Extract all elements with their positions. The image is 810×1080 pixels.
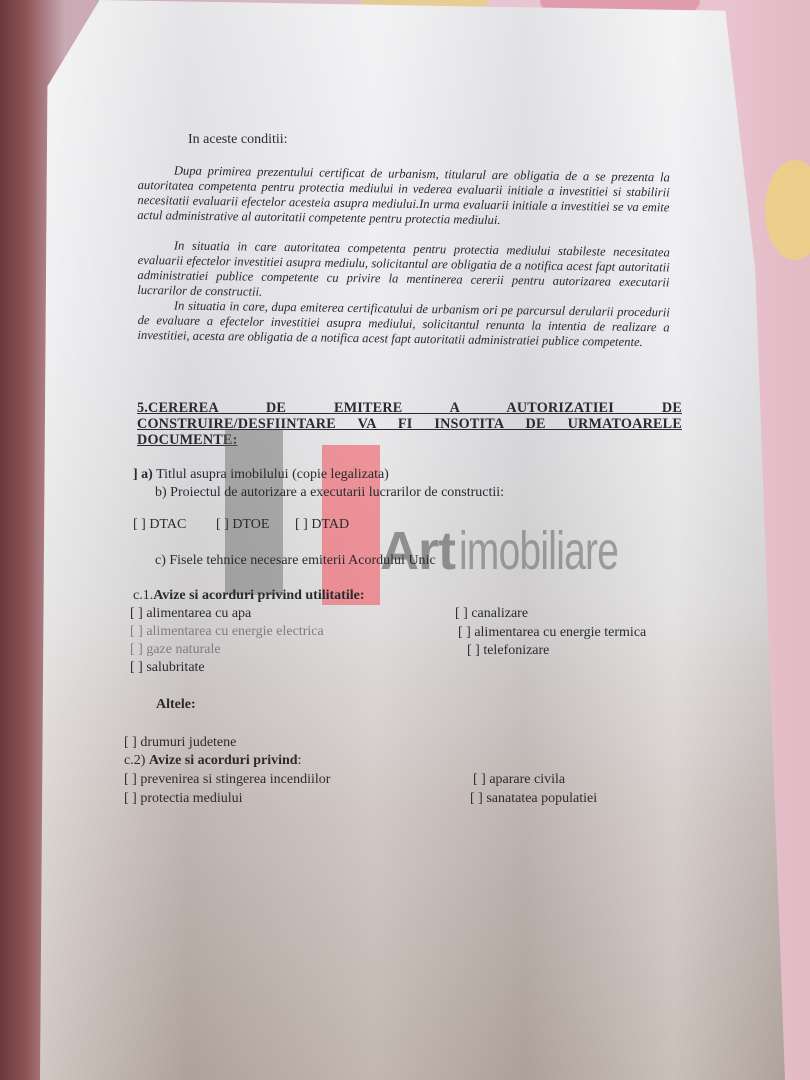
item-a-prefix: ] a) (133, 467, 153, 482)
intro-heading: In aceste conditii: (188, 132, 288, 148)
watermark-brand-bold: Art (380, 521, 455, 581)
document-content: In aceste conditii: Dupa primirea prezen… (0, 0, 810, 1080)
checkbox-aparare-civila[interactable]: [ ] aparare civila (473, 772, 565, 788)
option-dtad[interactable]: [ ] DTAD (295, 517, 349, 533)
checkbox-energie-termica[interactable]: [ ] alimentarea cu energie termica (458, 625, 646, 641)
item-a: ] a) Titlul asupra imobilului (copie leg… (133, 467, 389, 483)
paragraph-text: Dupa primirea prezentului certificat de … (137, 163, 670, 230)
altele-heading: Altele: (156, 697, 196, 713)
paragraph-text: In situatia in care autoritatea competen… (137, 238, 670, 305)
checkbox-salubritate[interactable]: [ ] salubritate (130, 660, 205, 676)
item-c: c) Fisele tehnice necesare emiterii Acor… (155, 553, 436, 569)
item-b: b) Proiectul de autorizare a executarii … (155, 485, 504, 501)
checkbox-drumuri-judetene[interactable]: [ ] drumuri judetene (124, 735, 236, 751)
checkbox-energie-electrica[interactable]: [ ] alimentarea cu energie electrica (130, 624, 324, 640)
checkbox-telefonizare[interactable]: [ ] telefonizare (467, 643, 549, 659)
section-title-line: 5.CEREREA DE EMITERE A AUTORIZATIEI DE (137, 400, 682, 416)
checkbox-gaze-naturale[interactable]: [ ] gaze naturale (130, 642, 221, 658)
watermark-gray-bar (225, 430, 283, 595)
paragraph-3: In situatia in care, dupa emiterea certi… (137, 298, 670, 350)
c1-heading: c.1.Avize si acorduri privind utilitatil… (133, 588, 365, 604)
watermark-brand-light: imobiliare (459, 520, 618, 582)
option-dtoe[interactable]: [ ] DTOE (216, 517, 269, 533)
c2-title: Avize si acorduri privind (149, 753, 298, 768)
c1-prefix: c.1. (133, 588, 153, 603)
c2-colon: : (298, 753, 302, 768)
paragraph-1: Dupa primirea prezentului certificat de … (137, 163, 670, 230)
item-a-text: Titlul asupra imobilului (copie legaliza… (156, 467, 389, 482)
checkbox-protectia-mediului[interactable]: [ ] protectia mediului (124, 791, 243, 807)
watermark-logo: Artimobiliare (380, 520, 680, 582)
checkbox-incendii[interactable]: [ ] prevenirea si stingerea incendiilor (124, 772, 330, 788)
paragraph-2: In situatia in care autoritatea competen… (137, 238, 670, 305)
section-title-line: CONSTRUIRE/DESFIINTARE VA FI INSOTITA DE… (137, 416, 682, 432)
checkbox-sanatatea-populatiei[interactable]: [ ] sanatatea populatiei (470, 791, 597, 807)
section-title-line: DOCUMENTE: (137, 432, 682, 448)
paragraph-text: In situatia in care, dupa emiterea certi… (137, 298, 670, 350)
checkbox-alimentarea-cu-apa[interactable]: [ ] alimentarea cu apa (130, 606, 251, 622)
option-dtac[interactable]: [ ] DTAC (133, 517, 186, 533)
c2-heading: c.2) Avize si acorduri privind: (124, 753, 301, 769)
section-5-title: 5.CEREREA DE EMITERE A AUTORIZATIEI DE C… (137, 400, 682, 448)
c2-prefix: c.2) (124, 753, 145, 768)
c1-title: Avize si acorduri privind utilitatile: (153, 588, 364, 603)
checkbox-canalizare[interactable]: [ ] canalizare (455, 606, 528, 622)
